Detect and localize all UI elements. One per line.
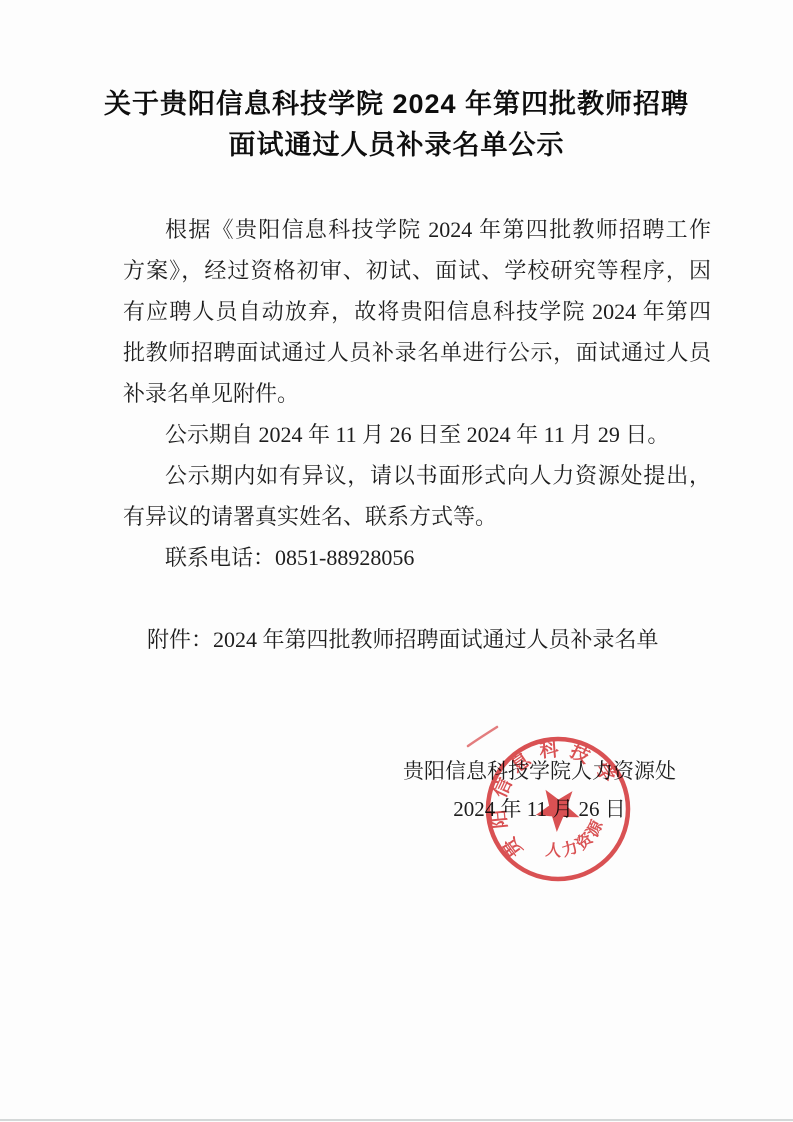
body-line: 根据《贵阳信息科技学院 2024 年第四批教师招聘工作 (123, 209, 711, 250)
title-line-2: 面试通过人员补录名单公示 (0, 125, 793, 166)
body-line: 公示期内如有异议，请以书面形式向人力资源处提出， (123, 455, 711, 496)
body-line-contact-phone: 联系电话：0851-88928056 (123, 537, 711, 578)
body-line: 有异议的请署真实姓名、联系方式等。 (123, 496, 711, 537)
body-line: 方案》，经过资格初审、初试、面试、学校研究等程序，因 (123, 250, 711, 291)
scan-edge-artifact (0, 1119, 793, 1121)
star-icon (527, 778, 586, 837)
body-line: 批教师招聘面试通过人员补录名单进行公示，面试通过人员 (123, 332, 711, 373)
svg-text:人力资源处: 人力资源处 (518, 779, 614, 873)
document-title: 关于贵阳信息科技学院 2024 年第四批教师招聘 面试通过人员补录名单公示 (0, 84, 793, 166)
document-page: 关于贵阳信息科技学院 2024 年第四批教师招聘 面试通过人员补录名单公示 根据… (0, 0, 793, 1122)
body-line: 有应聘人员自动放弃，故将贵阳信息科技学院 2024 年第四 (123, 291, 711, 332)
stamp-bottom-text: 人力资源处 (518, 779, 614, 873)
body-line-publicity-period: 公示期自 2024 年 11 月 26 日至 2024 年 11 月 29 日。 (123, 414, 711, 455)
title-line-1: 关于贵阳信息科技学院 2024 年第四批教师招聘 (0, 84, 793, 125)
body-line: 补录名单见附件。 (123, 373, 711, 414)
stamp-stray-ink-mark (462, 718, 507, 752)
document-body: 根据《贵阳信息科技学院 2024 年第四批教师招聘工作 方案》，经过资格初审、初… (123, 209, 711, 660)
attachment-line: 附件：2024 年第四批教师招聘面试通过人员补录名单 (123, 619, 711, 660)
